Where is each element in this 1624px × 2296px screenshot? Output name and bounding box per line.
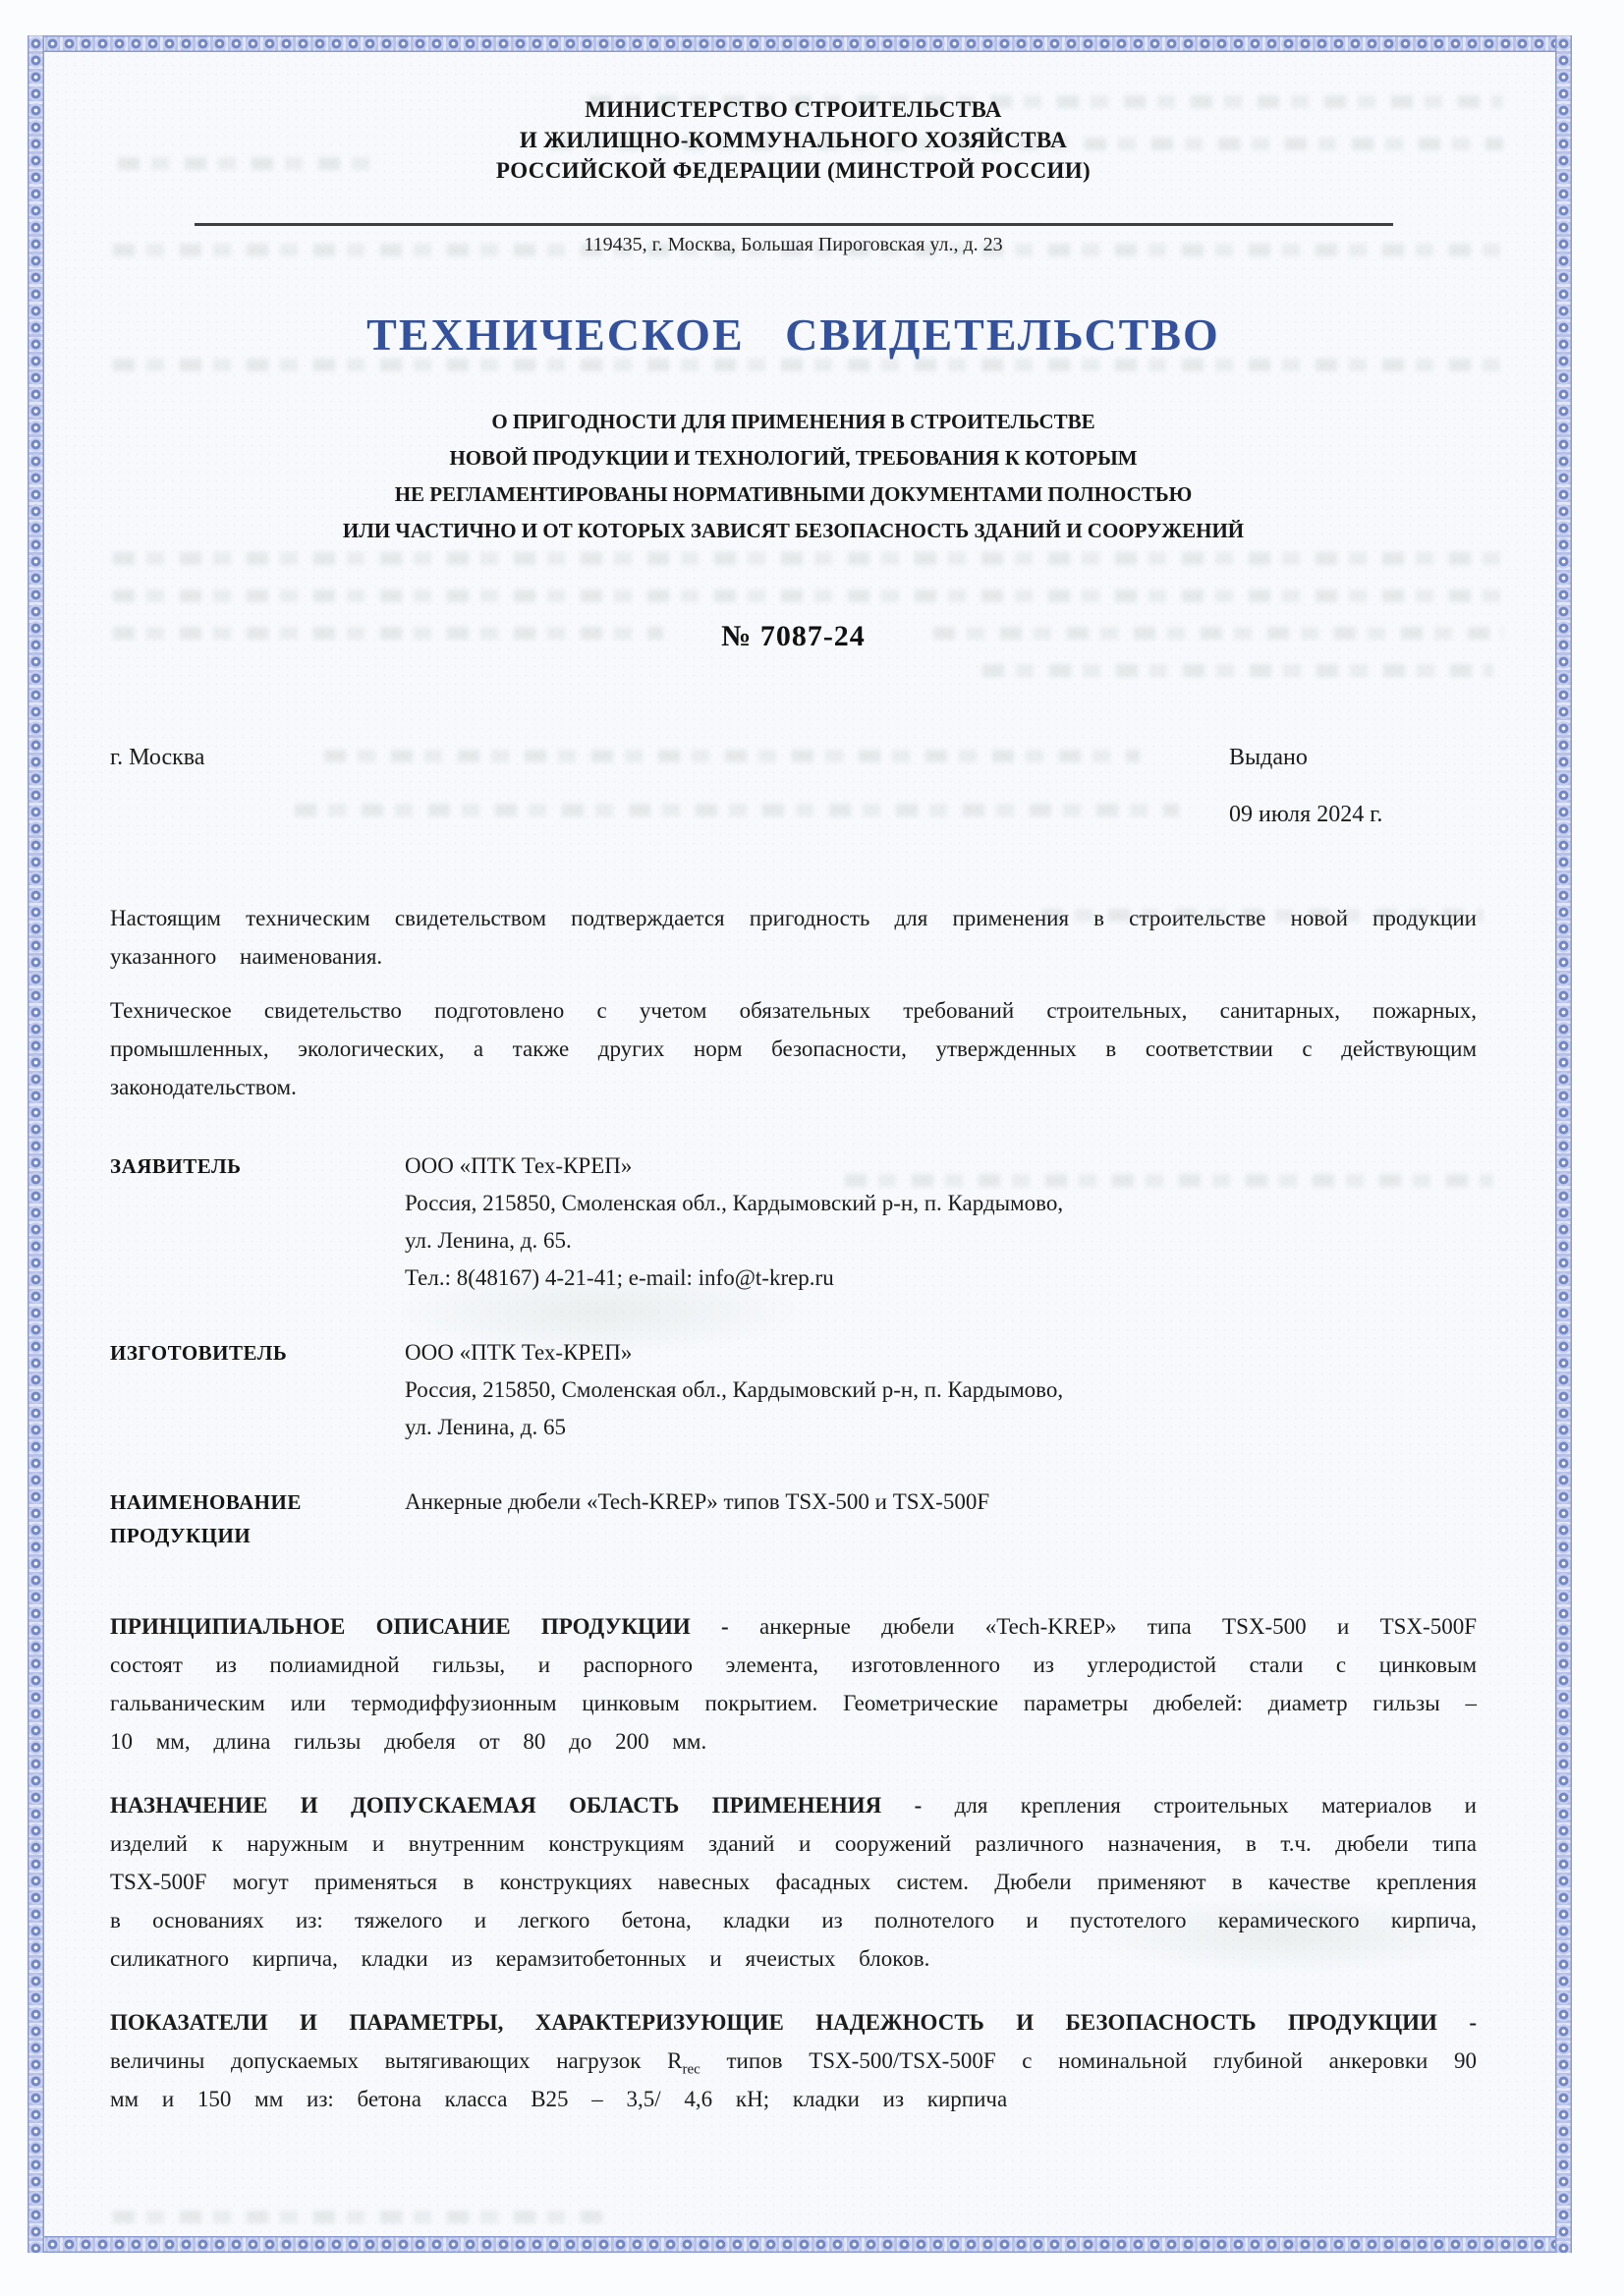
document-subtitle: О ПРИГОДНОСТИ ДЛЯ ПРИМЕНЕНИЯ В СТРОИТЕЛЬ…: [110, 404, 1477, 549]
section-heading: ПОКАЗАТЕЛИ И ПАРАМЕТРЫ, ХАРАКТЕРИЗУЮЩИЕ …: [110, 2010, 1477, 2035]
certificate-number: № 7087-24: [110, 618, 1477, 655]
field-value-line: Тел.: 8(48167) 4-21-41; e-mail: info@t-k…: [405, 1260, 1477, 1297]
decorative-border-left: [28, 35, 44, 2253]
ministry-line: И ЖИЛИЩНО-КОММУНАЛЬНОГО ХОЗЯЙСТВА: [110, 125, 1477, 155]
subtitle-line: НЕ РЕГЛАМЕНТИРОВАНЫ НОРМАТИВНЫМИ ДОКУМЕН…: [110, 476, 1477, 513]
field-value: Анкерные дюбели «Tech-KREP» типов TSX-50…: [405, 1484, 1477, 1521]
section-reliability-parameters: ПОКАЗАТЕЛИ И ПАРАМЕТРЫ, ХАРАКТЕРИЗУЮЩИЕ …: [110, 2003, 1477, 2118]
field-value: ООО «ПТК Тех-КРЕП» Россия, 215850, Смоле…: [405, 1148, 1477, 1297]
subscript-rec: rec: [683, 2062, 700, 2078]
field-label-line: НАИМЕНОВАНИЕ: [110, 1485, 405, 1519]
document-title: ТЕХНИЧЕСКОЕ СВИДЕТЕЛЬСТВО: [110, 308, 1477, 361]
issue-place: г. Москва: [110, 742, 204, 773]
fields-block: ЗАЯВИТЕЛЬ ООО «ПТК Тех-КРЕП» Россия, 215…: [110, 1148, 1477, 1552]
issue-block: Выдано 09 июля 2024 г.: [1229, 742, 1477, 830]
ministry-line: МИНИСТЕРСТВО СТРОИТЕЛЬСТВА: [110, 94, 1477, 125]
decorative-border-top: [28, 35, 1572, 52]
intro-paragraph: Настоящим техническим свидетельством под…: [110, 899, 1477, 976]
field-value-line: Россия, 215850, Смоленская обл., Кардымо…: [405, 1372, 1477, 1409]
ministry-header: МИНИСТЕРСТВО СТРОИТЕЛЬСТВА И ЖИЛИЩНО-КОМ…: [110, 94, 1477, 186]
section-product-description: ПРИНЦИПИАЛЬНОЕ ОПИСАНИЕ ПРОДУКЦИИ - анке…: [110, 1607, 1477, 1761]
section-heading: НАЗНАЧЕНИЕ И ДОПУСКАЕМАЯ ОБЛАСТЬ ПРИМЕНЕ…: [110, 1793, 922, 1818]
field-label: ЗАЯВИТЕЛЬ: [110, 1148, 405, 1183]
field-value-line: Анкерные дюбели «Tech-KREP» типов TSX-50…: [405, 1484, 1477, 1521]
field-product-name: НАИМЕНОВАНИЕ ПРОДУКЦИИ Анкерные дюбели «…: [110, 1484, 1477, 1552]
field-applicant: ЗАЯВИТЕЛЬ ООО «ПТК Тех-КРЕП» Россия, 215…: [110, 1148, 1477, 1297]
section-heading: ПРИНЦИПИАЛЬНОЕ ОПИСАНИЕ ПРОДУКЦИИ -: [110, 1614, 729, 1639]
field-label-line: ИЗГОТОВИТЕЛЬ: [110, 1336, 405, 1370]
issue-row: г. Москва Выдано 09 июля 2024 г.: [110, 742, 1477, 830]
field-label-line: ПРОДУКЦИИ: [110, 1519, 405, 1552]
field-value-line: ул. Ленина, д. 65.: [405, 1222, 1477, 1260]
decorative-border-bottom: [28, 2236, 1572, 2253]
section-text: величины допускаемых вытягивающих нагруз…: [110, 2048, 683, 2073]
certificate-page: МИНИСТЕРСТВО СТРОИТЕЛЬСТВА И ЖИЛИЩНО-КОМ…: [0, 0, 1624, 2296]
ministry-address: 119435, г. Москва, Большая Пироговская у…: [110, 232, 1477, 257]
field-label-line: ЗАЯВИТЕЛЬ: [110, 1149, 405, 1183]
field-value-line: ООО «ПТК Тех-КРЕП»: [405, 1148, 1477, 1185]
field-value-line: Россия, 215850, Смоленская обл., Кардымо…: [405, 1185, 1477, 1222]
field-value: ООО «ПТК Тех-КРЕП» Россия, 215850, Смоле…: [405, 1334, 1477, 1446]
issue-date: 09 июля 2024 г.: [1229, 799, 1477, 830]
issued-label: Выдано: [1229, 742, 1477, 773]
field-value-line: ул. Ленина, д. 65: [405, 1409, 1477, 1446]
field-label: НАИМЕНОВАНИЕ ПРОДУКЦИИ: [110, 1484, 405, 1552]
section-text: для крепления строительных материалов и …: [110, 1793, 1477, 1971]
header-divider: [195, 223, 1393, 226]
ministry-line: РОССИЙСКОЙ ФЕДЕРАЦИИ (МИНСТРОЙ РОССИИ): [110, 155, 1477, 186]
field-label: ИЗГОТОВИТЕЛЬ: [110, 1334, 405, 1370]
decorative-border-right: [1555, 35, 1572, 2253]
field-manufacturer: ИЗГОТОВИТЕЛЬ ООО «ПТК Тех-КРЕП» Россия, …: [110, 1334, 1477, 1446]
intro-paragraph: Техническое свидетельство подготовлено с…: [110, 991, 1477, 1106]
document-content: МИНИСТЕРСТВО СТРОИТЕЛЬСТВА И ЖИЛИЩНО-КОМ…: [110, 53, 1477, 2234]
subtitle-line: О ПРИГОДНОСТИ ДЛЯ ПРИМЕНЕНИЯ В СТРОИТЕЛЬ…: [110, 404, 1477, 440]
field-value-line: ООО «ПТК Тех-КРЕП»: [405, 1334, 1477, 1372]
section-application-scope: НАЗНАЧЕНИЕ И ДОПУСКАЕМАЯ ОБЛАСТЬ ПРИМЕНЕ…: [110, 1786, 1477, 1978]
subtitle-line: НОВОЙ ПРОДУКЦИИ И ТЕХНОЛОГИЙ, ТРЕБОВАНИЯ…: [110, 440, 1477, 476]
subtitle-line: ИЛИ ЧАСТИЧНО И ОТ КОТОРЫХ ЗАВИСЯТ БЕЗОПА…: [110, 513, 1477, 549]
